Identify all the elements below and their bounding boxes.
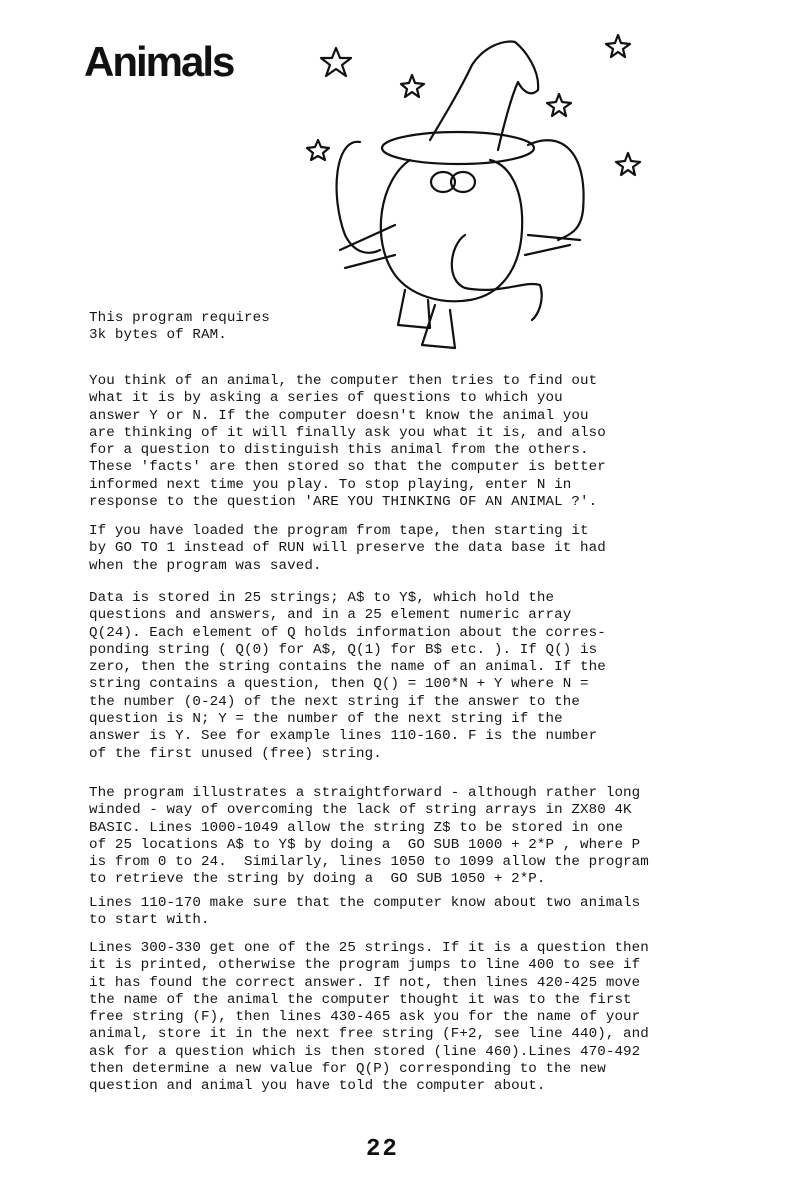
star-icon	[307, 140, 329, 160]
elephant-wizard-illustration	[300, 20, 660, 370]
paragraph-data-storage: Data is stored in 25 strings; A$ to Y$, …	[89, 590, 606, 763]
paragraph-program-flow: Lines 300-330 get one of the 25 strings.…	[89, 940, 649, 1096]
paragraph-string-arrays: The program illustrates a straightforwar…	[89, 785, 649, 889]
page-number: 22	[366, 1136, 399, 1163]
page-title: Animals	[84, 38, 233, 86]
paragraph-loading: If you have loaded the program from tape…	[89, 523, 606, 575]
paragraph-intro: You think of an animal, the computer the…	[89, 373, 606, 511]
star-icon	[321, 48, 351, 76]
paragraph-initial-animals: Lines 110-170 make sure that the compute…	[89, 895, 640, 930]
star-icon	[547, 94, 571, 116]
ram-requirement-note: This program requires 3k bytes of RAM.	[89, 310, 270, 345]
star-icon	[606, 35, 630, 57]
star-icon	[401, 75, 424, 97]
star-icon	[616, 153, 640, 175]
